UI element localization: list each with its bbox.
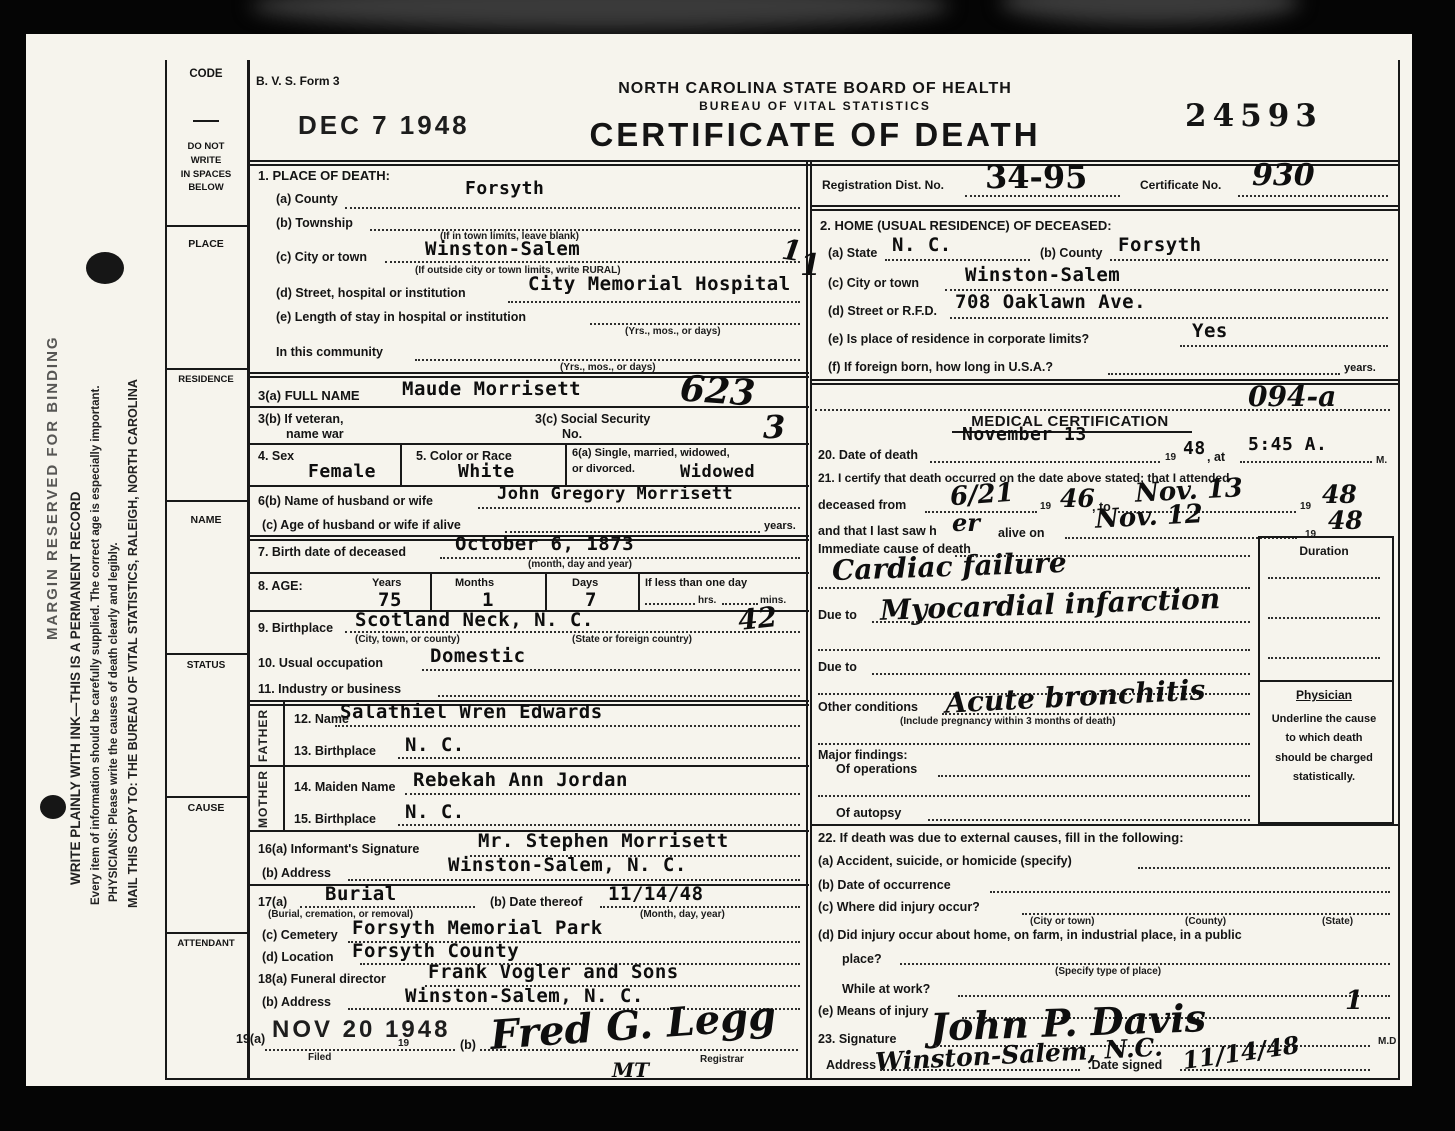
field-line [265, 1048, 455, 1051]
registration-district-value: 34-95 [985, 158, 1087, 196]
divider-line [810, 160, 812, 1080]
injury-place-label: (d) Did injury occur about home, on farm… [818, 928, 1242, 942]
field-line [900, 962, 1390, 965]
handwritten-mark: 1 [1345, 986, 1363, 1016]
disposal-date-caption: (Month, day, year) [640, 909, 725, 920]
divider-line [810, 824, 1398, 826]
certificate-no-value: 930 [1252, 158, 1315, 193]
field-line [1138, 866, 1390, 869]
accident-label: (a) Accident, suicide, or homicide (spec… [818, 854, 1072, 868]
divider-line [247, 443, 809, 445]
occupation-label: 10. Usual occupation [258, 656, 383, 670]
other-conditions-caption: (Include pregnancy within 3 months of de… [900, 716, 1116, 727]
external-causes-title: 22. If death was due to external causes,… [818, 830, 1184, 845]
date-of-death-year-value: 48 [1183, 438, 1206, 459]
last-saw-sex-mark: er [952, 508, 980, 537]
field-line [1268, 616, 1380, 619]
home-city-value: Winston-Salem [965, 264, 1120, 286]
sex-value: Female [308, 461, 376, 482]
mother-section-label: MOTHER [256, 770, 270, 828]
home-city-label: (c) City or town [828, 276, 919, 290]
occupation-value: Domestic [430, 645, 526, 667]
board-of-health-line: NORTH CAROLINA STATE BOARD OF HEALTH [565, 80, 1065, 98]
length-of-stay-caption: (Yrs., mos., or days) [625, 326, 721, 337]
divider-line [247, 765, 809, 767]
birthplace-caption2: (State or foreign country) [572, 634, 692, 645]
spouse-name-label: 6(b) Name of husband or wife [258, 494, 433, 508]
certificate-no-label: Certificate No. [1140, 178, 1221, 192]
injury-county-caption: (County) [1185, 916, 1226, 927]
divider-line [165, 225, 247, 227]
while-at-work-label: While at work? [842, 982, 930, 996]
ink-blob [40, 795, 66, 819]
age-days-label: Days [572, 577, 598, 589]
year-prefix: 19 [1040, 501, 1051, 512]
physician-instruction: Underline the cause to which death shoul… [1266, 710, 1382, 787]
age-years-value: 75 [378, 589, 402, 611]
handwritten-mark: 1 [800, 248, 821, 283]
certificate-title: CERTIFICATE OF DEATH [555, 116, 1075, 154]
field-line [925, 510, 1037, 513]
race-value: White [458, 461, 515, 482]
divider-line [165, 1078, 1400, 1080]
injury-state-caption: (State) [1322, 916, 1353, 927]
margin-note-mail: MAIL THIS COPY TO: THE BUREAU OF VITAL S… [126, 379, 140, 908]
age-days-value: 7 [585, 589, 597, 611]
informant-label: 16(a) Informant's Signature [258, 842, 419, 856]
side-label-cause: CAUSE [167, 802, 245, 814]
disposal-label: 17(a) [258, 895, 287, 909]
field-line [1240, 460, 1372, 463]
home-street-label: (d) Street or R.F.D. [828, 304, 937, 318]
scan-noise [1000, 0, 1300, 24]
injury-location-label: (c) Where did injury occur? [818, 900, 980, 914]
injury-place-caption: (Specify type of place) [1055, 966, 1161, 977]
age-months-value: 1 [482, 589, 494, 611]
field-line [818, 794, 1250, 797]
divider-line [247, 160, 1400, 162]
street-value: City Memorial Hospital [528, 273, 791, 295]
alive-on-label: alive on [998, 526, 1045, 540]
binding-margin-note: MARGIN RESERVED FOR BINDING [44, 335, 61, 640]
field-line [885, 258, 1030, 261]
bureau-line: BUREAU OF VITAL STATISTICS [565, 99, 1065, 113]
date-signed-label: .Date signed [1088, 1058, 1162, 1072]
field-line [348, 878, 800, 881]
birthplace-label: 9. Birthplace [258, 621, 333, 635]
time-of-death-value: 5:45 A. [1248, 434, 1327, 455]
marital-value: Widowed [680, 462, 755, 482]
field-line [815, 408, 1390, 411]
handwritten-initials: MT [612, 1058, 649, 1082]
field-line [398, 823, 800, 826]
received-date-stamp: DEC 7 1948 [298, 110, 470, 141]
margin-note-ink: WRITE PLAINLY WITH INK—THIS IS A PERMANE… [68, 491, 83, 885]
side-label-do-not-write: DO NOT WRITE IN SPACES BELOW [170, 140, 242, 195]
filed-caption: Filed [308, 1052, 331, 1063]
foreign-born-label: (f) If foreign born, how long in U.S.A.? [828, 360, 1053, 374]
disposal-date-value: 11/14/48 [608, 883, 704, 905]
field-line [1180, 1068, 1370, 1071]
handwritten-mark: 3 [763, 408, 785, 446]
side-label-residence: RESIDENCE [167, 374, 245, 385]
birth-date-label: 7. Birth date of deceased [258, 545, 406, 559]
divider-line [165, 368, 247, 370]
injury-place-label2: place? [842, 952, 882, 966]
age-months-label: Months [455, 577, 494, 589]
divider-line [165, 932, 247, 934]
divider-line [565, 443, 567, 485]
veteran-label2: name war [286, 427, 344, 441]
spouse-age-label: (c) Age of husband or wife if alive [262, 518, 461, 532]
funeral-director-label: 18(a) Funeral director [258, 972, 386, 986]
code-dash [193, 120, 219, 122]
field-line [345, 206, 800, 209]
field-line [398, 756, 800, 759]
field-line [300, 905, 475, 908]
divider-line [810, 209, 1398, 211]
injury-city-caption: (City or town) [1030, 916, 1094, 927]
informant-address-label: (b) Address [262, 866, 331, 880]
field-line [405, 792, 800, 795]
home-title: 2. HOME (USUAL RESIDENCE) OF DECEASED: [820, 218, 1112, 233]
side-label-name: NAME [167, 514, 245, 526]
home-state-value: N. C. [892, 234, 952, 256]
date-of-death-value: November 13 [962, 424, 1087, 445]
field-line [1238, 194, 1388, 197]
year-prefix: 19 [1300, 501, 1311, 512]
occurrence-date-label: (b) Date of occurrence [818, 878, 951, 892]
divider-line [247, 406, 809, 408]
field-line [955, 554, 1250, 557]
field-line [335, 724, 800, 727]
birthplace-caption1: (City, town, or county) [355, 634, 460, 645]
full-name-value: Maude Morrisett [402, 378, 581, 400]
divider-line [1258, 680, 1392, 682]
field-line [965, 194, 1120, 197]
spouse-name-value: John Gregory Morrisett [497, 484, 733, 504]
margin-note-physicians: PHYSICIANS: Please write the causes of d… [108, 542, 120, 902]
father-name-value: Salathiel Wren Edwards [340, 701, 603, 723]
field-line [438, 694, 800, 697]
age-hrs-label: hrs. [698, 595, 716, 606]
date-of-death-year-prefix: 19 [1165, 452, 1176, 463]
home-county-value: Forsyth [1118, 234, 1202, 256]
divider-line [545, 572, 547, 610]
veteran-label: 3(b) If veteran, [258, 412, 343, 426]
place-of-death-title: 1. PLACE OF DEATH: [258, 168, 390, 183]
scan-noise [250, 0, 950, 30]
serial-number: 24593 [1185, 98, 1323, 134]
last-saw-label: and that I last saw h [818, 524, 937, 538]
registration-district-label: Registration Dist. No. [822, 178, 944, 192]
field-line [872, 620, 1250, 623]
divider-line [1398, 60, 1400, 1080]
filed-label-number: 19(a) [236, 1032, 265, 1046]
birthplace-value: Scotland Neck, N. C. [355, 609, 594, 631]
divider-line [247, 60, 250, 1080]
physician-signature-label: 23. Signature [818, 1032, 897, 1046]
street-label: (d) Street, hospital or institution [276, 286, 466, 300]
field-line [1022, 912, 1390, 915]
divider-line [165, 60, 167, 1078]
field-line [938, 774, 1250, 777]
side-label-code: CODE [167, 68, 245, 80]
industry-label: 11. Industry or business [258, 682, 401, 696]
field-line [1268, 656, 1380, 659]
birth-date-value: October 6, 1873 [455, 533, 634, 555]
field-line [385, 260, 800, 263]
field-line [1268, 576, 1380, 579]
of-autopsy-label: Of autopsy [836, 806, 901, 820]
field-line [880, 1068, 1080, 1071]
ssn-label: 3(c) Social Security [535, 412, 650, 426]
mother-birthplace-value: N. C. [405, 801, 465, 823]
divider-line [810, 205, 1398, 207]
city-value: Winston-Salem [425, 238, 580, 260]
foreign-born-suffix: years. [1344, 362, 1376, 374]
father-birthplace-label: 13. Birthplace [294, 744, 376, 758]
field-line [600, 905, 800, 908]
registrar-caption: Registrar [700, 1054, 744, 1065]
attended-from-year: 46 [1060, 484, 1095, 513]
county-value: Forsyth [465, 178, 544, 199]
field-line [818, 648, 1250, 651]
spouse-age-suffix: years. [764, 520, 796, 532]
length-of-stay-label: (e) Length of stay in hospital or instit… [276, 310, 526, 324]
township-label: (b) Township [276, 216, 353, 230]
informant-value: Mr. Stephen Morrisett [478, 830, 729, 852]
filed-year-prefix: 19 [398, 1038, 409, 1049]
due-to-1-label: Due to [818, 608, 857, 622]
time-meridiem-label: M. [1376, 455, 1387, 466]
field-line [950, 316, 1388, 319]
home-state-label: (a) State [828, 246, 877, 260]
home-county-label: (b) County [1040, 246, 1102, 260]
other-conditions-label: Other conditions [818, 700, 918, 714]
community-label: In this community [276, 345, 383, 359]
divider-line [430, 572, 432, 610]
age-label: 8. AGE: [258, 579, 303, 593]
divider-line [165, 500, 247, 502]
cemetery-location-value: Forsyth County [352, 940, 519, 962]
mother-birthplace-label: 15. Birthplace [294, 812, 376, 826]
attended-from-label: deceased from [818, 498, 906, 512]
marital-label2: or divorced. [572, 463, 635, 475]
funeral-address-label: (b) Address [262, 995, 331, 1009]
field-line [1180, 344, 1388, 347]
age-less-than-day-label: If less than one day [645, 577, 747, 589]
sex-label: 4. Sex [258, 449, 294, 463]
city-label: (c) City or town [276, 250, 367, 264]
marital-label: 6(a) Single, married, widowed, [572, 447, 730, 459]
physician-address-label: Address [826, 1058, 876, 1072]
last-saw-year: 48 [1328, 506, 1363, 535]
corporate-limits-label: (e) Is place of residence in corporate l… [828, 332, 1089, 346]
field-line [415, 358, 800, 361]
physician-label: Physician [1260, 688, 1388, 702]
divider-line [247, 572, 809, 574]
scanned-death-certificate: MARGIN RESERVED FOR BINDING WRITE PLAINL… [0, 0, 1455, 1131]
father-birthplace-value: N. C. [405, 734, 465, 756]
side-label-attendant: ATTENDANT [164, 938, 248, 949]
side-label-place: PLACE [167, 238, 245, 250]
field-line [930, 460, 1160, 463]
filed-date-stamp: NOV 20 1948 [272, 1016, 450, 1044]
divider-line [638, 572, 640, 610]
age-years-label: Years [372, 577, 401, 589]
disposal-date-label: (b) Date thereof [490, 895, 582, 909]
md-suffix: M.D [1378, 1036, 1396, 1047]
due-to-2-label: Due to [818, 660, 857, 674]
divider-line [806, 160, 808, 1080]
registrar-sub-label: (b) [460, 1038, 476, 1052]
field-line [942, 712, 1250, 715]
home-street-value: 708 Oaklawn Ave. [955, 291, 1146, 313]
field-line [480, 1048, 798, 1051]
date-of-death-label: 20. Date of death [818, 448, 918, 462]
disposal-value: Burial [325, 883, 397, 905]
field-line [1110, 258, 1388, 261]
field-line [990, 890, 1390, 893]
means-of-injury-label: (e) Means of injury [818, 1004, 928, 1018]
cemetery-value: Forsyth Memorial Park [352, 917, 603, 939]
major-findings-label: Major findings: [818, 748, 908, 762]
county-label: (a) County [276, 192, 338, 206]
field-line [645, 602, 695, 605]
mother-name-value: Rebekah Ann Jordan [413, 769, 628, 791]
birth-date-caption: (month, day and year) [528, 559, 632, 570]
funeral-director-value: Frank Vogler and Sons [428, 961, 679, 983]
last-saw-date: Nov. 12 [1094, 499, 1203, 535]
field-line [478, 506, 800, 509]
cemetery-label: (c) Cemetery [262, 928, 338, 942]
mother-name-label: 14. Maiden Name [294, 780, 395, 794]
attended-to-year: 48 [1322, 480, 1357, 509]
field-line [508, 300, 800, 303]
date-of-death-at: , at [1207, 450, 1225, 464]
of-operations-label: Of operations [836, 762, 917, 776]
full-name-label: 3(a) FULL NAME [258, 388, 360, 403]
field-line [928, 818, 1250, 821]
field-line [1108, 372, 1340, 375]
margin-note-supply: Every item of information should be care… [90, 385, 102, 905]
side-label-status: STATUS [167, 660, 245, 671]
cemetery-location-label: (d) Location [262, 950, 334, 964]
divider-line [247, 164, 1400, 166]
ink-blob [86, 252, 124, 284]
divider-line [165, 653, 247, 655]
ssn-label2: No. [562, 427, 582, 441]
field-line [818, 742, 1250, 745]
corporate-limits-value: Yes [1192, 320, 1228, 342]
field-line [422, 668, 800, 671]
field-line [370, 228, 800, 231]
divider-line [400, 443, 402, 485]
duration-label: Duration [1260, 544, 1388, 558]
field-line [345, 630, 800, 633]
divider-line [165, 796, 247, 798]
form-code: B. V. S. Form 3 [256, 74, 340, 88]
field-line [590, 322, 800, 325]
father-section-label: FATHER [256, 709, 270, 762]
informant-address-value: Winston-Salem, N. C. [448, 854, 687, 876]
